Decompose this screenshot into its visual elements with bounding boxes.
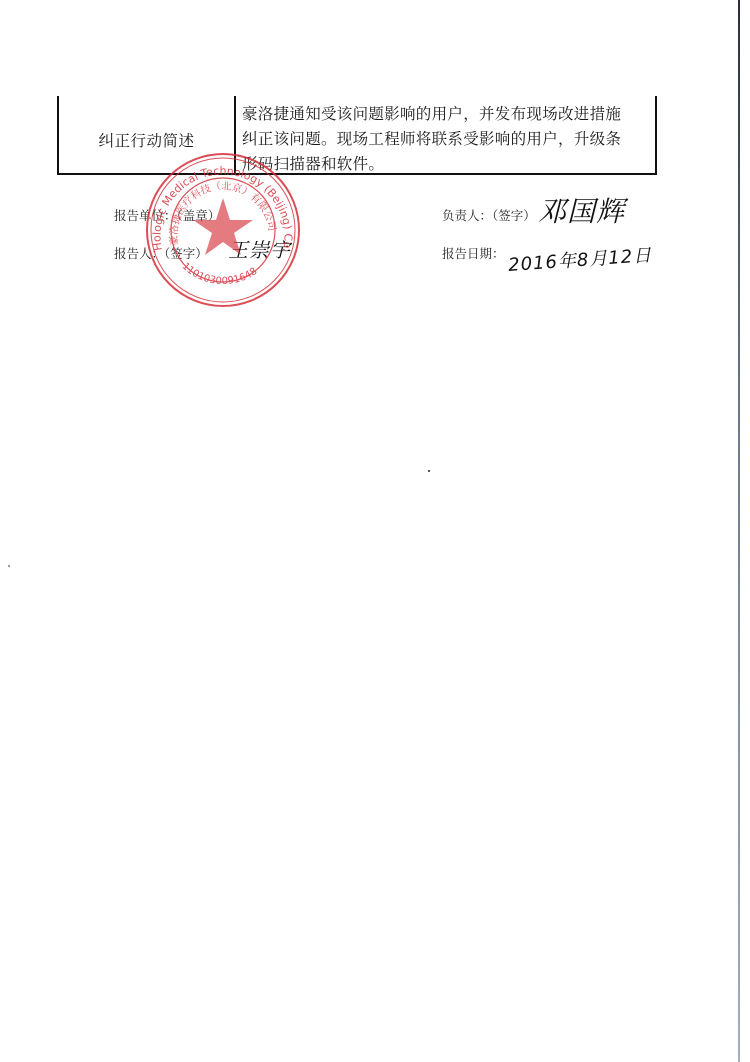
svg-text:1101030091648: 1101030091648 <box>180 261 260 287</box>
responsible-label: 负责人：（签字） <box>442 206 536 224</box>
company-seal: Hologic Medical Technology (Beijing) Co.… <box>140 150 305 310</box>
scan-speck <box>428 470 430 472</box>
content-line: 纠正该问题。现场工程师将联系受影响的用户，升级条 <box>242 127 655 152</box>
scan-edge-line <box>738 0 740 1062</box>
scan-speck <box>8 565 10 567</box>
report-date-value: 2016年8月12日 <box>507 241 653 277</box>
report-date-label: 报告日期： <box>442 244 505 262</box>
content-line: 豪洛捷通知受该问题影响的用户，并发布现场改进措施 <box>242 102 655 127</box>
responsible-signature: 邓国辉 <box>538 190 625 230</box>
